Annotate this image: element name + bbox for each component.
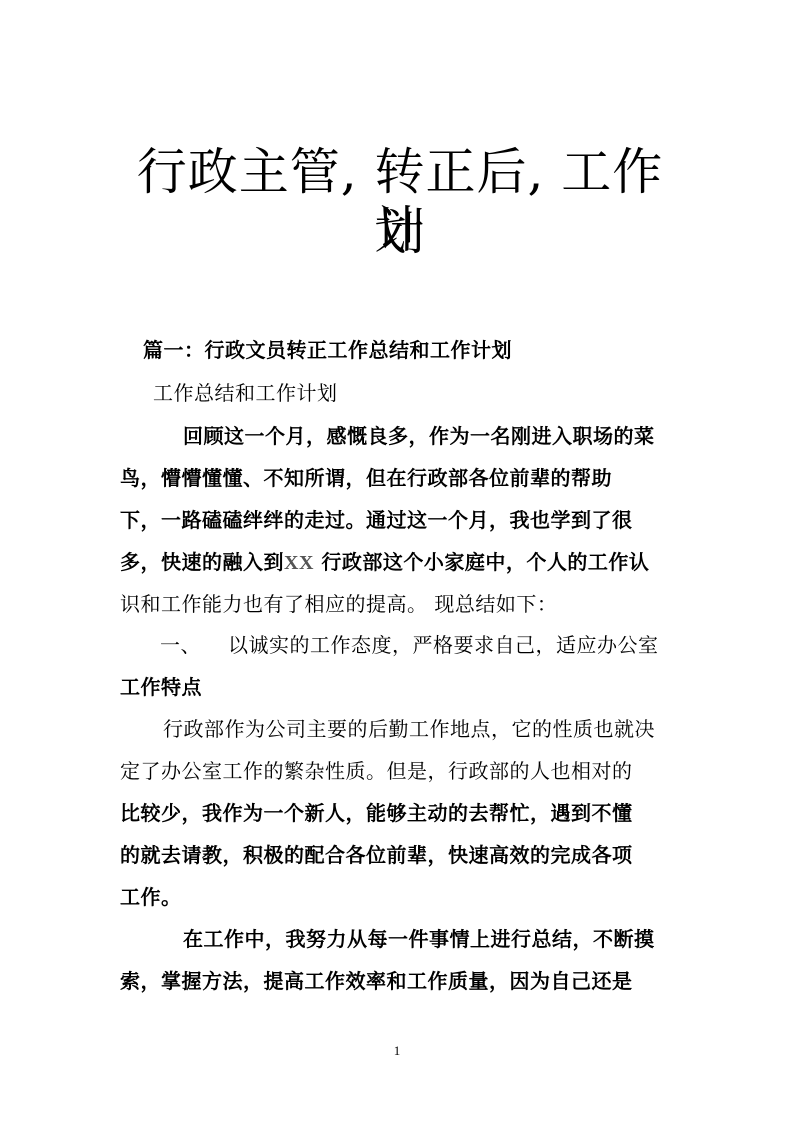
- page-number: 1: [0, 1043, 794, 1059]
- paragraph-line: 的就去请教，积极的配合各位前辈，快速高效的完成各项: [120, 842, 633, 868]
- placeholder-xx: XX: [284, 552, 314, 574]
- paragraph-line: 在工作中，我努力从每一件事情上进行总结，不断摸: [183, 926, 655, 952]
- paragraph-line: 识和工作能力也有了相应的提高。 现总结如下：: [120, 591, 557, 617]
- paragraph-line: 比较少，我作为一个新人，能够主动的去帮忙，遇到不懂: [120, 800, 633, 826]
- paragraph-text: 行政部这个小家庭中，个人的工作认: [314, 550, 649, 574]
- document-title-line-2: 划: [120, 203, 680, 261]
- paragraph-line: 工作。: [120, 884, 182, 910]
- paragraph-line: 行政部作为公司主要的后勤工作地点，它的性质也就决: [163, 716, 655, 742]
- paragraph-text: 多，快速的融入到: [120, 550, 284, 574]
- subheading: 工作总结和工作计划: [153, 380, 338, 406]
- list-number: 一、: [160, 632, 201, 658]
- paragraph-line: 下，一路磕磕绊绊的走过。通过这一个月，我也学到了很: [120, 507, 633, 533]
- paragraph-line: 回顾这一个月，感慨良多，作为一名刚进入职场的菜: [183, 423, 655, 449]
- list-heading: 以诚实的工作态度，严格要求自己，适应办公室: [228, 632, 659, 658]
- paragraph-line: 鸟，懵懵懂懂、不知所谓，但在行政部各位前辈的帮助: [120, 465, 612, 491]
- paragraph-line: 多，快速的融入到XX 行政部这个小家庭中，个人的工作认: [120, 549, 649, 576]
- document-page: 行政主管, 转正后, 工作计 划 篇一：行政文员转正工作总结和工作计划 工作总结…: [0, 0, 794, 1123]
- section-heading: 篇一：行政文员转正工作总结和工作计划: [143, 337, 512, 363]
- paragraph-line: 定了办公室工作的繁杂性质。但是，行政部的人也相对的: [120, 758, 633, 784]
- paragraph-line: 索，掌握方法，提高工作效率和工作质量，因为自己还是: [120, 968, 633, 994]
- paragraph-line: 工作特点: [120, 674, 202, 700]
